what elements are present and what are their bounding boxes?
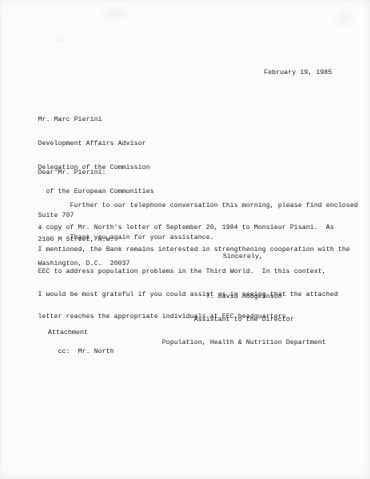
scanned-letter-page: February 19, 1985 Mr. Marc Pierini Devel… xyxy=(0,0,370,479)
salutation: Dear Mr. Pierini: xyxy=(38,169,106,176)
signature-name: T. David Hodgkinson xyxy=(160,293,328,301)
body-line: Further to our telephone conversation th… xyxy=(38,202,358,209)
letter-date: February 19, 1985 xyxy=(264,69,332,76)
recipient-title-line: Development Affairs Advisor xyxy=(38,140,154,148)
closing: Sincerely, xyxy=(223,253,263,260)
thank-you-line: Thank you again for your assistance. xyxy=(38,234,214,241)
cc-line: cc: Mr. North xyxy=(58,348,114,355)
recipient-name-line: Mr. Marc Pierini xyxy=(38,116,154,124)
body-line: I mentioned, the Bank remains interested… xyxy=(38,246,358,253)
signature-block: T. David Hodgkinson Assistant to the Dir… xyxy=(160,278,328,362)
signature-title: Assistant to the Director xyxy=(160,316,328,324)
signature-department: Population, Health & Nutrition Departmen… xyxy=(160,339,328,347)
attachment-note: Attachment xyxy=(48,329,88,336)
body-line: EEC to address population problems in th… xyxy=(38,268,358,275)
body-line: a copy of Mr. North's letter of Septembe… xyxy=(38,224,358,231)
